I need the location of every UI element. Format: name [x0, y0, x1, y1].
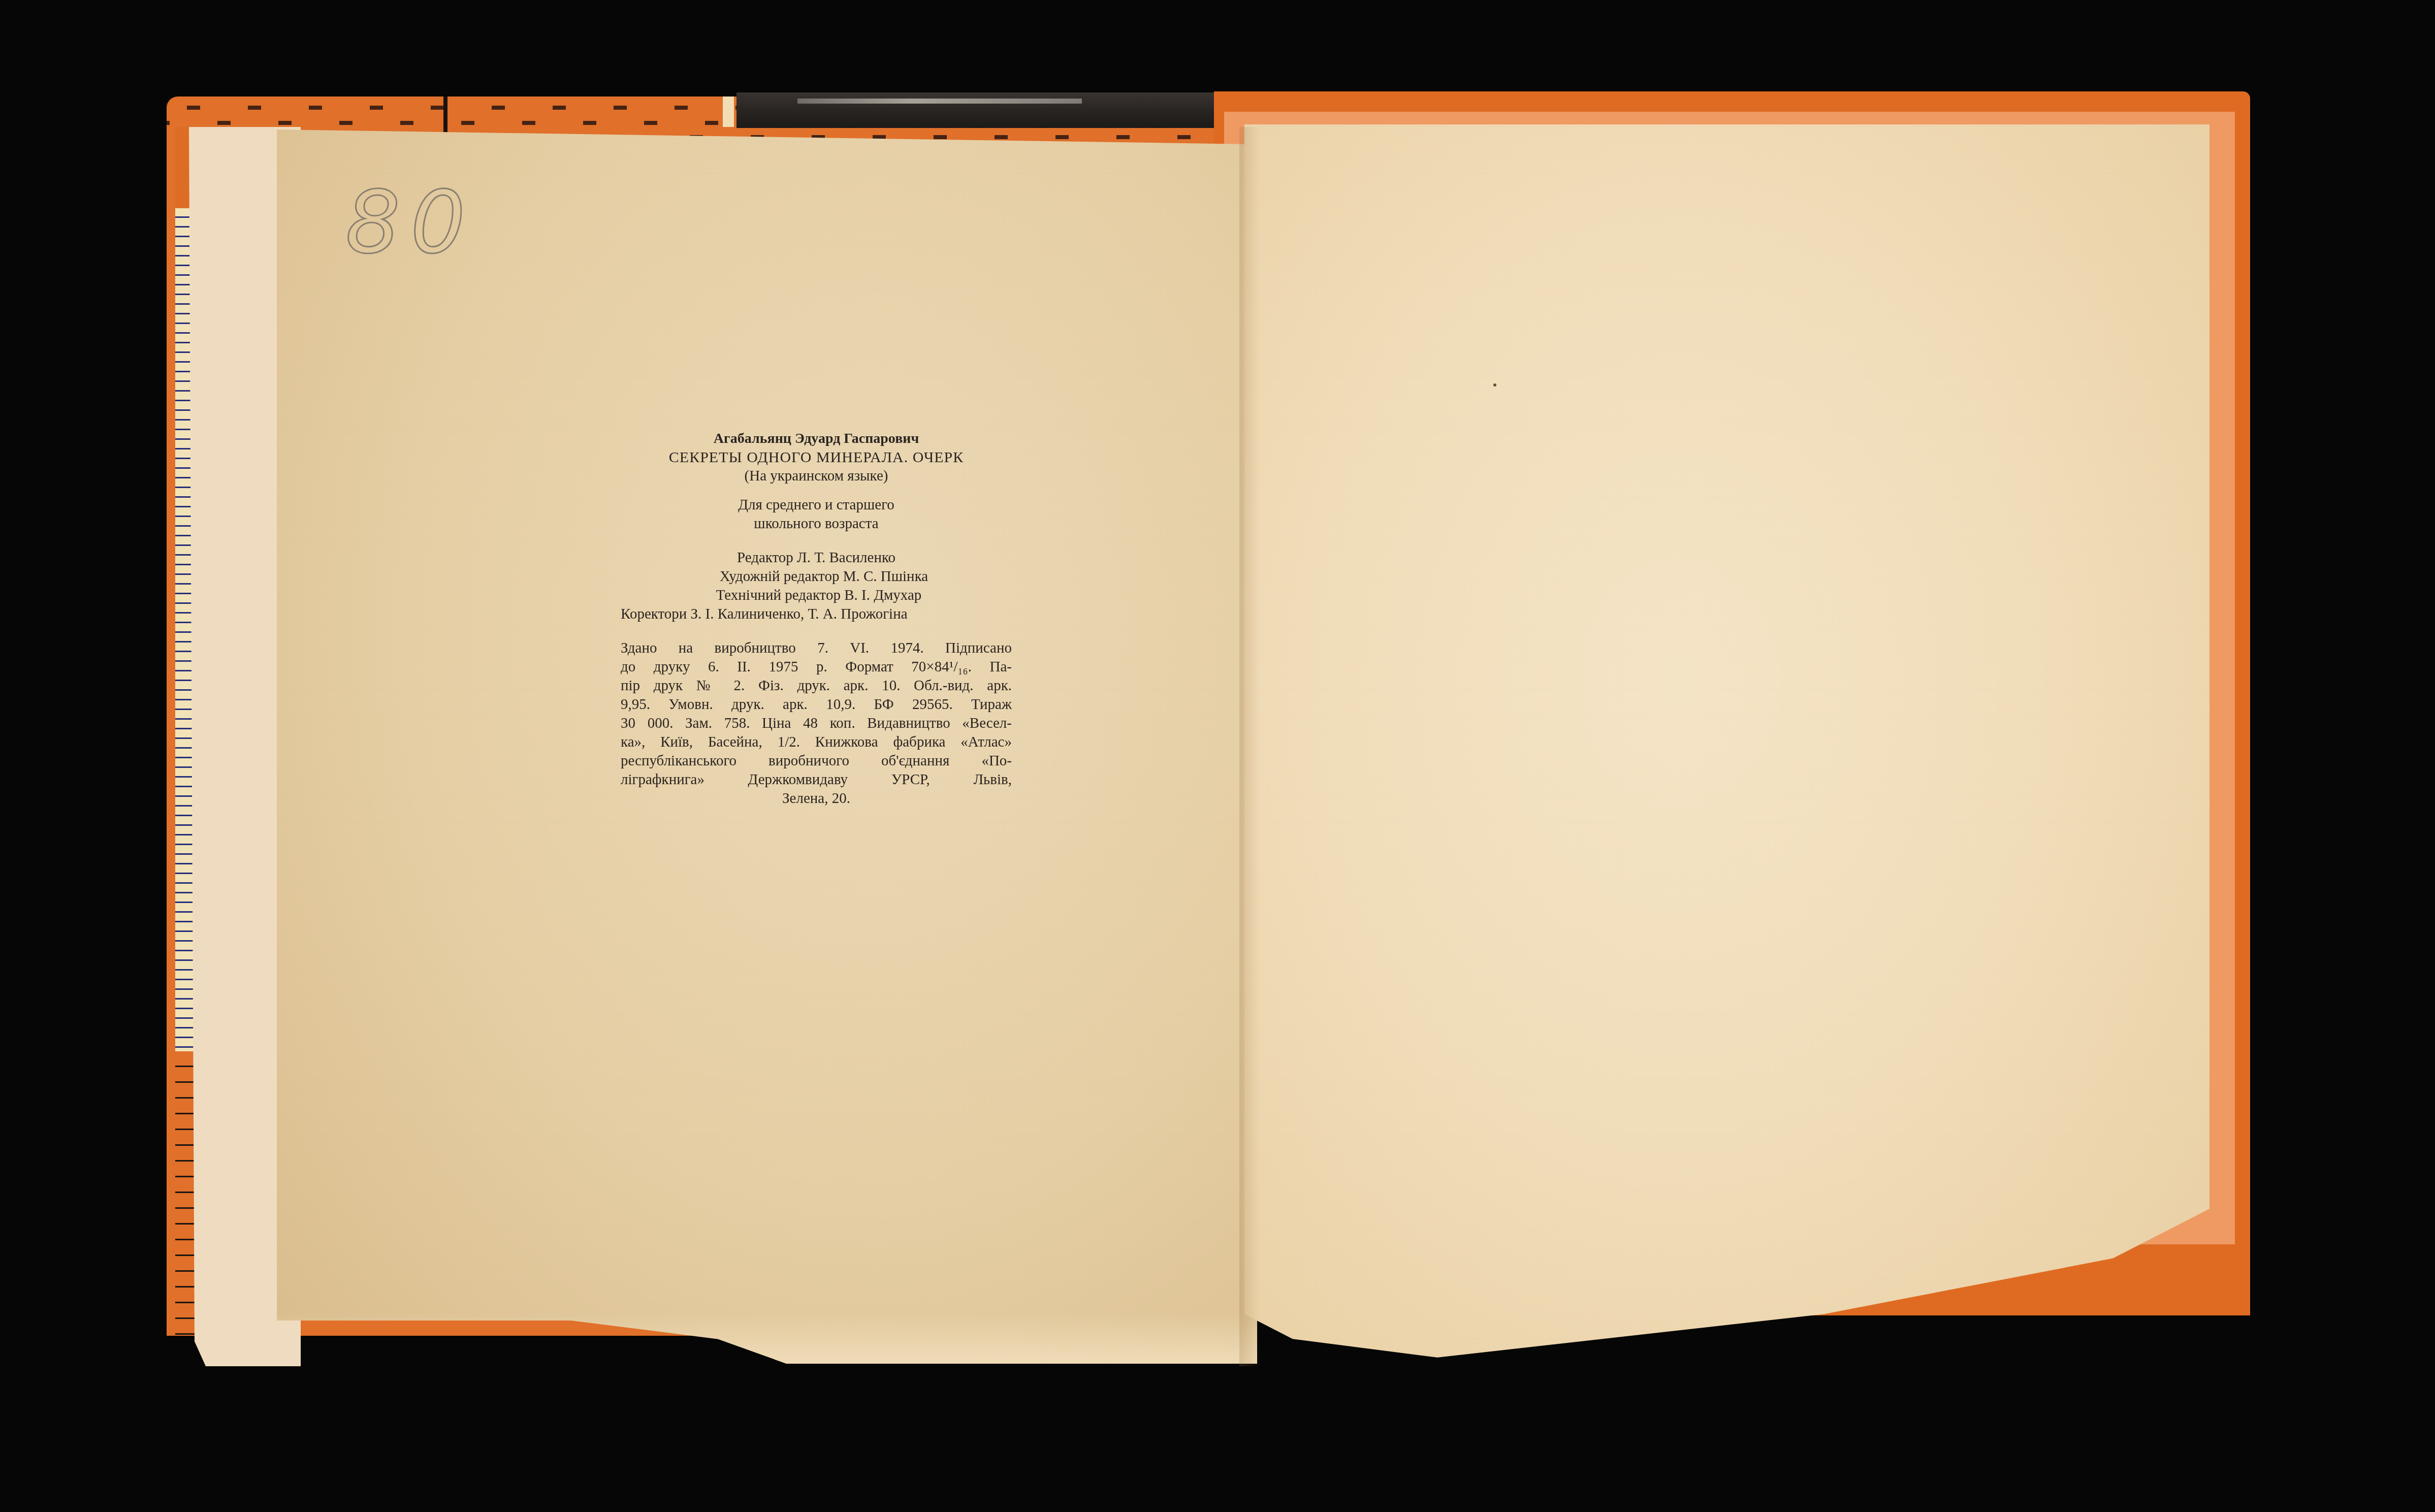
imprint-block: Агабальянц Эдуард Гаспарович СЕКРЕТЫ ОДН…	[621, 429, 1012, 808]
imprint-production-details: Здано на виробництво 7. VI. 1974. Підпис…	[621, 639, 1012, 808]
credit-line: Коректори З. І. Калиниченко, Т. А. Прожо…	[621, 605, 1012, 624]
production-line: 30 000. Зам. 758. Ціна 48 коп. Видавницт…	[621, 714, 1012, 733]
production-line: до друку 6. II. 1975 р. Формат 70×84¹/₁₆…	[621, 658, 1012, 677]
book-spine-top	[736, 92, 1219, 128]
production-line: пір друк № 2. Фіз. друк. арк. 10. Обл.-в…	[621, 677, 1012, 695]
cover-cream-notch	[723, 96, 734, 127]
production-line: 9,95. Умовн. друк. арк. 10,9. БФ 29565. …	[621, 695, 1012, 714]
imprint-audience: школьного возраста	[621, 514, 1012, 533]
imprint-audience: Для среднего и старшего	[621, 496, 1012, 514]
book-gutter	[1239, 127, 1260, 1366]
production-line: ка», Київ, Басейна, 1/2. Книжкова фабрик…	[621, 733, 1012, 752]
handwritten-number: 80	[345, 173, 475, 273]
credit-line: Технічний редактор В. І. Дмухар	[621, 586, 1012, 605]
production-line: Здано на виробництво 7. VI. 1974. Підпис…	[621, 639, 1012, 658]
imprint-author: Агабальянц Эдуард Гаспарович	[621, 429, 1012, 448]
right-page	[1244, 124, 2209, 1364]
spine-shine	[797, 99, 1082, 104]
credit-line: Художній редактор М. С. Пшінка	[621, 567, 1012, 586]
cover-edge-orange-bottom	[175, 1051, 196, 1336]
imprint-language-note: (На украинском языке)	[621, 467, 1012, 486]
paper-speck	[1493, 383, 1496, 387]
imprint-title: СЕКРЕТЫ ОДНОГО МИНЕРАЛА. ОЧЕРК	[621, 448, 1012, 467]
scan-background: 80 Агабальянц Эдуард Гаспарович СЕКРЕТЫ …	[0, 0, 2435, 1512]
production-line: республіканського виробничого об'єднання…	[621, 752, 1012, 770]
imprint-credits: Редактор Л. Т. Василенко Художній редакт…	[621, 549, 1012, 624]
credit-line: Редактор Л. Т. Василенко	[621, 549, 1012, 567]
production-line: ліграфкнига» Держкомвидаву УРСР, Львів,	[621, 770, 1012, 789]
production-line-last: Зелена, 20.	[621, 789, 1012, 808]
